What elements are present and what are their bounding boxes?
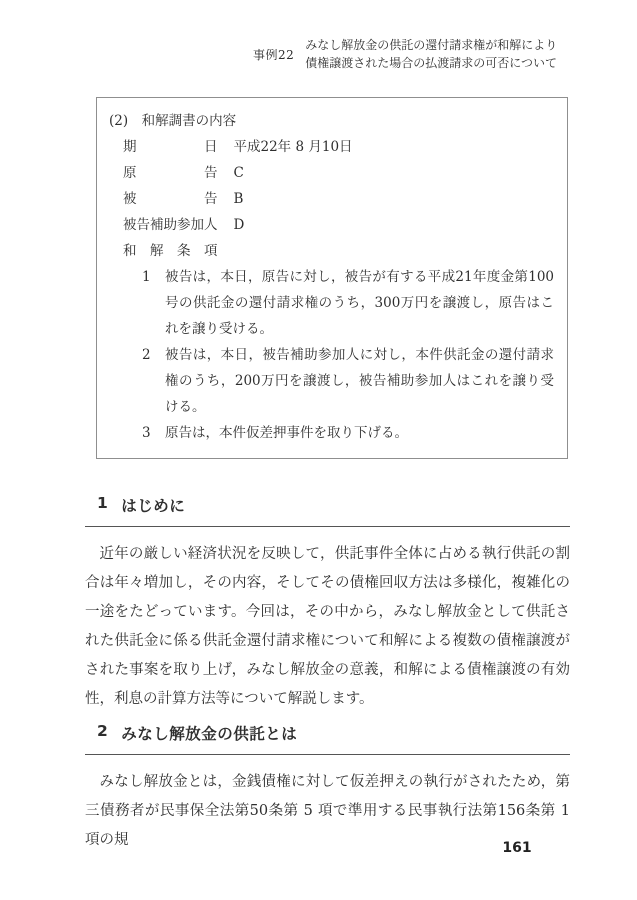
section-introduction: 1 はじめに 近年の厳しい経済状況を反映して，供託事件全体に占める執行供託の割合… [85,494,570,729]
field-value: B [234,191,244,207]
chapter-title-line1: みなし解放金の供託の還付請求権が和解により [305,38,557,52]
settlement-term-item: 1 被告は，本日，原告に対し，被告が有する平成21年度金第100号の供託金の還付… [109,264,554,342]
item-text: 被告は，本日，原告に対し，被告が有する平成21年度金第100号の供託金の還付請求… [165,264,554,342]
chapter-title: みなし解放金の供託の還付請求権が和解により 債権譲渡された場合の払渡請求の可否に… [305,36,557,72]
item-number: 3 [142,420,165,446]
field-value: C [234,165,244,181]
field-label: 原 告 [123,160,218,186]
page-number: 161 [495,840,539,856]
field-row-defendant: 被 告B [109,186,554,212]
field-value: 平成22年 8 月10日 [234,139,353,155]
chapter-title-line2: 債権譲渡された場合の払渡請求の可否について [305,56,557,70]
field-label: 被 告 [123,186,218,212]
book-page: 事例22 みなし解放金の供託の還付請求権が和解により 債権譲渡された場合の払渡請… [0,0,637,900]
section-paragraph: 近年の厳しい経済状況を反映して，供託事件全体に占める執行供託の割合は年々増加し，… [85,540,570,714]
section-title-text: はじめに [121,494,185,516]
field-label: 和 解 条 項 [123,238,218,264]
case-number-label: 事例22 [253,46,294,63]
section-number: 2 [97,722,108,744]
field-row-intervenor: 被告補助参加人D [109,212,554,238]
field-label: 期 日 [123,134,218,160]
field-row-terms-heading: 和 解 条 項 [109,238,554,264]
settlement-term-item: 3 原告は，本件仮差押事件を取り下げる。 [109,420,554,446]
field-value: D [234,217,245,233]
section-number: 1 [97,494,108,516]
running-head: 事例22 みなし解放金の供託の還付請求権が和解により 債権譲渡された場合の払渡請… [253,36,557,72]
field-label: 被告補助参加人 [123,212,218,238]
section-heading: 2 みなし解放金の供託とは [85,722,570,755]
item-text: 被告は，本日，被告補助参加人に対し，本件供託金の還付請求権のうち，200万円を譲… [165,342,554,420]
settlement-term-item: 2 被告は，本日，被告補助参加人に対し，本件供託金の還付請求権のうち，200万円… [109,342,554,420]
section-title-text: みなし解放金の供託とは [121,722,297,744]
item-number: 1 [142,264,165,342]
item-text: 原告は，本件仮差押事件を取り下げる。 [165,420,554,446]
section-heading: 1 はじめに [85,494,570,527]
field-row-plaintiff: 原 告C [109,160,554,186]
item-number: 2 [142,342,165,420]
settlement-record-box: (2) 和解調書の内容 期 日平成22年 8 月10日 原 告C 被 告B 被告… [96,97,568,459]
settlement-box-heading: (2) 和解調書の内容 [109,108,554,134]
field-row-date: 期 日平成22年 8 月10日 [109,134,554,160]
